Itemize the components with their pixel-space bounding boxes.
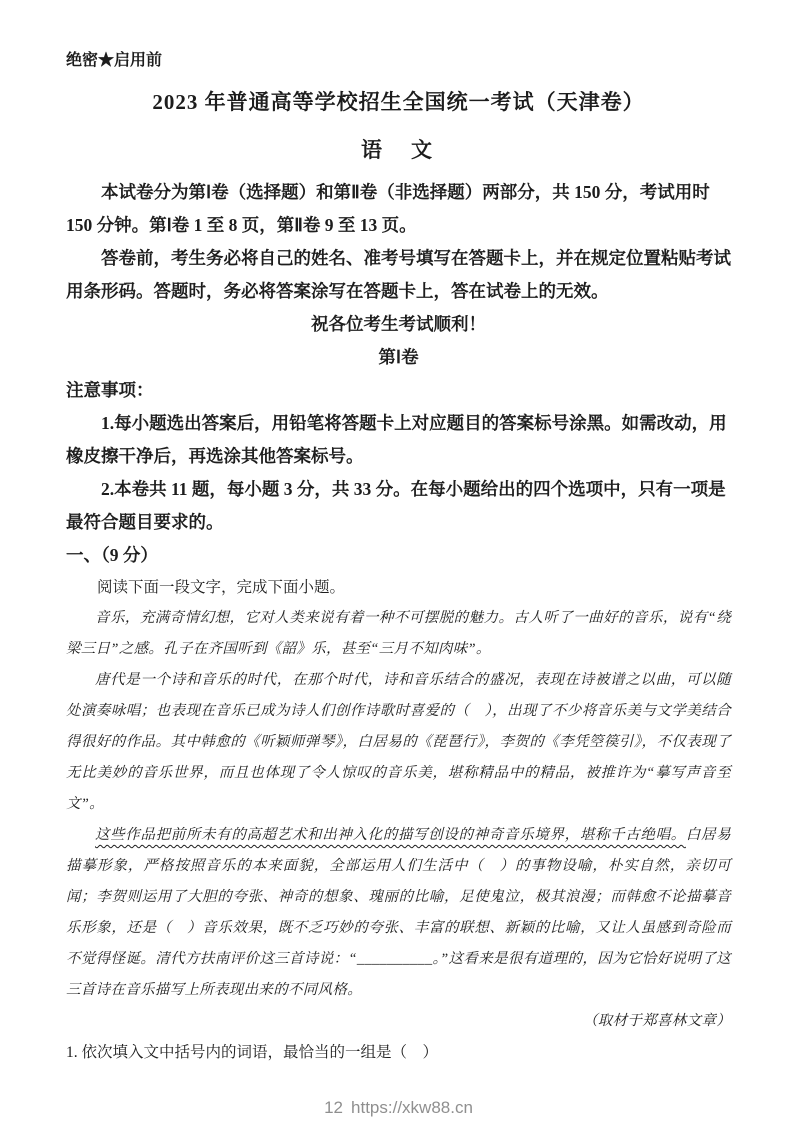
intro-paragraph-answering: 答卷前，考生务必将自己的姓名、准考号填写在答题卡上，并在规定位置粘贴考试用条形码… [66,242,731,308]
notice-item-2: 2.本卷共 11 题，每小题 3 分，共 33 分。在每小题给出的四个选项中，只… [66,473,731,539]
passage-paragraph-3: 这些作品把前所未有的高超艺术和出神入化的描写创设的神奇音乐境界，堪称千古绝唱。白… [66,820,731,1006]
passage-paragraph-1: 音乐，充满奇情幻想，它对人类来说有着一种不可摆脱的魅力。古人听了一曲好的音乐，说… [66,603,731,665]
question-1: 1. 依次填入文中括号内的词语，最恰当的一组是（ ） [66,1037,731,1068]
intro-paragraph-structure: 本试卷分为第Ⅰ卷（选择题）和第Ⅱ卷（非选择题）两部分，共 150 分，考试用时 … [66,176,731,242]
notice-item-1: 1.每小题选出答案后，用铅笔将答题卡上对应题目的答案标号涂黑。如需改动，用橡皮擦… [66,407,731,473]
wavy-underlined-sentence: 这些作品把前所未有的高超艺术和出神入化的描写创设的神奇音乐境界，堪称千古绝唱。 [95,827,686,843]
page-content: 绝密★启用前 2023 年普通高等学校招生全国统一考试（天津卷） 语 文 本试卷… [0,0,793,1120]
passage-paragraph-2: 唐代是一个诗和音乐的时代，在那个时代，诗和音乐结合的盛况，表现在诗被谱之以曲，可… [66,665,731,820]
volume-heading: 第Ⅰ卷 [66,341,731,374]
exam-title: 2023 年普通高等学校招生全国统一考试（天津卷） [66,88,731,116]
exam-instructions-block: 本试卷分为第Ⅰ卷（选择题）和第Ⅱ卷（非选择题）两部分，共 150 分，考试用时 … [66,176,731,572]
page-footer: 12https://xkw88.cn [66,1096,731,1120]
reading-instruction: 阅读下面一段文字，完成下面小题。 [66,572,731,603]
footer-url: https://xkw88.cn [351,1098,473,1117]
subject-title: 语 文 [66,136,731,164]
source-attribution: （取材于郑喜林文章） [66,1006,731,1037]
reading-passage-block: 阅读下面一段文字，完成下面小题。 音乐，充满奇情幻想，它对人类来说有着一种不可摆… [66,572,731,1068]
exam-paper-page: 绝密★启用前 2023 年普通高等学校招生全国统一考试（天津卷） 语 文 本试卷… [0,0,793,1122]
passage-paragraph-3-rest: 白居易描摹形象，严格按照音乐的本来面貌，全部运用人们生活中（ ）的事物设喻，朴实… [66,827,731,998]
notice-heading: 注意事项： [66,374,731,407]
good-luck-line: 祝各位考生考试顺利！ [66,308,731,341]
page-number: 12 [324,1098,343,1117]
section-one-heading: 一、（9 分） [66,539,731,572]
security-classification-label: 绝密★启用前 [66,50,731,72]
